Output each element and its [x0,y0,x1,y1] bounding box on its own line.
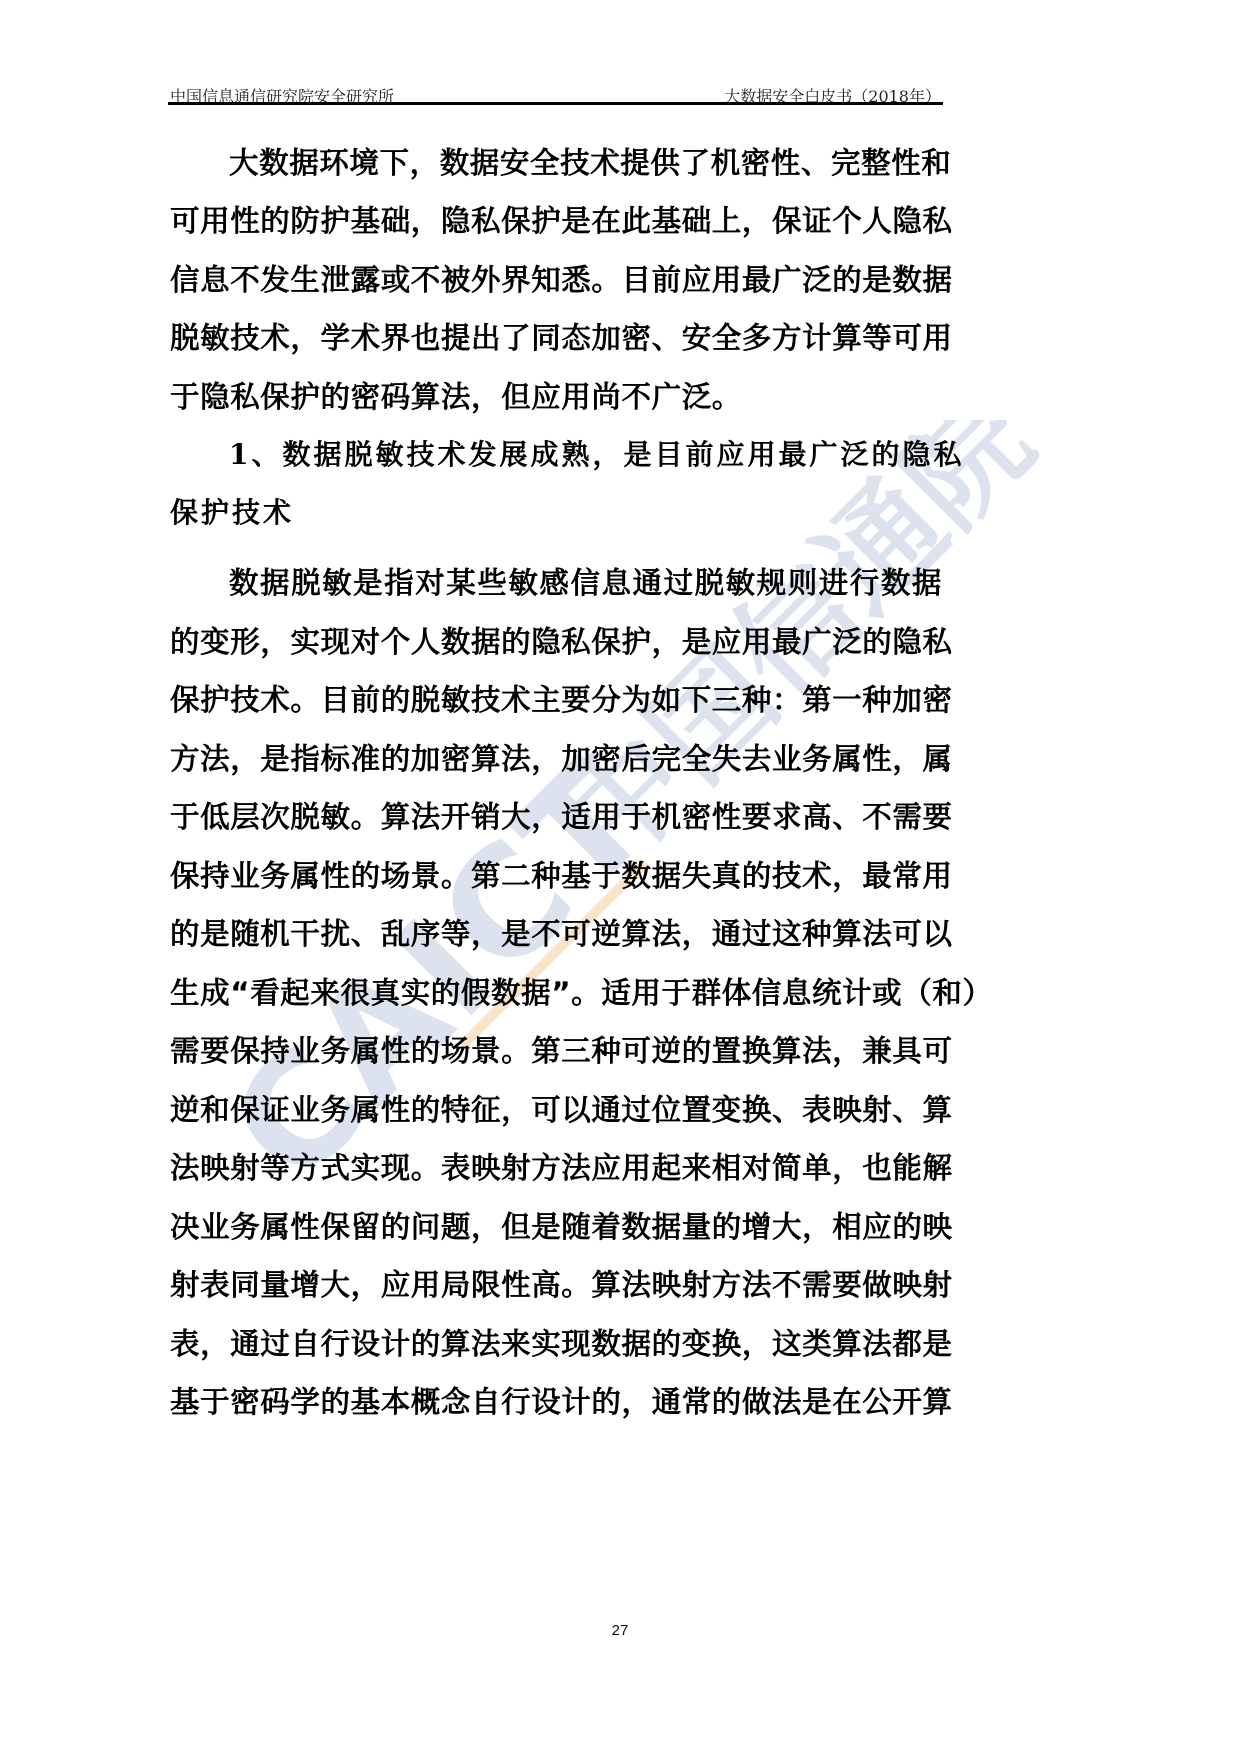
paragraph-line: 逆和保证业务属性的特征，可以通过位置变换、表映射、算 [170,1090,942,1130]
paragraph-line: 数据脱敏是指对某些敏感信息通过脱敏规则进行数据 [229,563,942,603]
paragraph-line: 信息不发生泄露或不被外界知悉。目前应用最广泛的是数据 [170,260,942,300]
paragraph-line: 表，通过自行设计的算法来实现数据的变换，这类算法都是 [170,1324,942,1364]
page-header: 中国信息通信研究院安全研究所 大数据安全白皮书（2018年） [168,84,943,102]
paragraph-line: 方法，是指标准的加密算法，加密后完全失去业务属性，属 [170,739,942,779]
paragraph-line: 法映射等方式实现。表映射方法应用起来相对简单，也能解 [170,1148,942,1188]
paragraph-line: 决业务属性保留的问题，但是随着数据量的增大，相应的映 [170,1207,942,1247]
paragraph-line: 的是随机干扰、乱序等，是不可逆算法，通过这种算法可以 [170,914,942,954]
paragraph-line: 大数据环境下，数据安全技术提供了机密性、完整性和 [229,143,942,183]
paragraph-line: 保护技术。目前的脱敏技术主要分为如下三种：第一种加密 [170,680,942,720]
header-divider [168,102,943,105]
heading-line: 1、数据脱敏技术发展成熟，是目前应用最广泛的隐私 [229,435,942,475]
heading-line: 保护技术 [170,493,470,533]
page-number: 27 [0,1622,1240,1639]
paragraph-line: 的变形，实现对个人数据的隐私保护，是应用最广泛的隐私 [170,622,942,662]
paragraph-line: 基于密码学的基本概念自行设计的，通常的做法是在公开算 [170,1382,942,1422]
paragraph-line: 保持业务属性的场景。第二种基于数据失真的技术，最常用 [170,856,942,896]
paragraph-line: 可用性的防护基础，隐私保护是在此基础上，保证个人隐私 [170,201,942,241]
paragraph-line: 射表同量增大，应用局限性高。算法映射方法不需要做映射 [170,1265,942,1305]
paragraph-line: 于低层次脱敏。算法开销大，适用于机密性要求高、不需要 [170,797,942,837]
paragraph-line: 需要保持业务属性的场景。第三种可逆的置换算法，兼具可 [170,1031,942,1071]
paragraph-line: 生成“看起来很真实的假数据”。适用于群体信息统计或（和） [170,973,942,1013]
paragraph-line: 于隐私保护的密码算法，但应用尚不广泛。 [170,377,942,417]
paragraph-line: 脱敏技术，学术界也提出了同态加密、安全多方计算等可用 [170,318,942,358]
